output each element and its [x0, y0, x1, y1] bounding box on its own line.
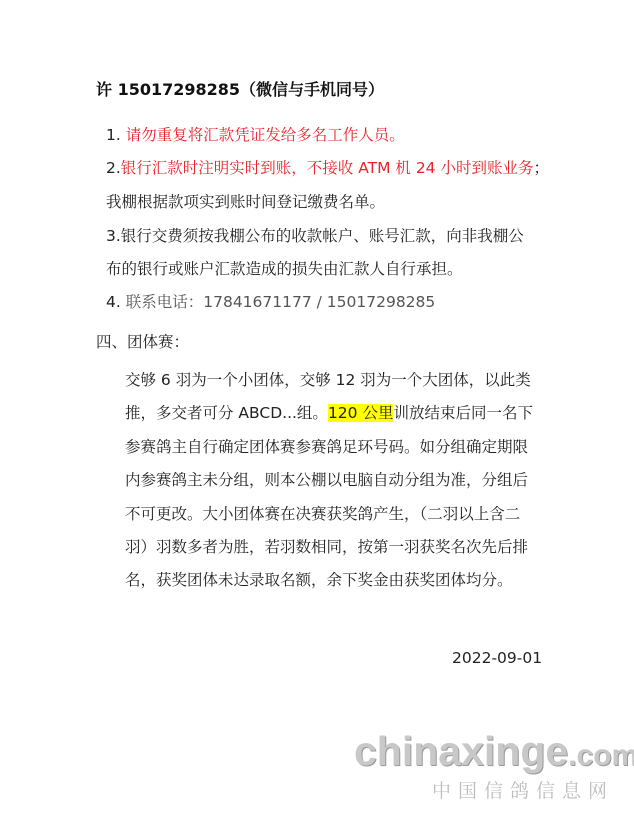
section-text: 推，多交者可分 ABCD...组。: [125, 404, 328, 422]
section-text: 训放结束后同一名下: [393, 404, 533, 422]
note-number: 4.: [106, 293, 126, 311]
note-tail: ；: [533, 159, 549, 177]
date: 2022-09-01: [452, 648, 542, 668]
section-line: 名，获奖团体未达录取名额，余下奖金由获奖团体均分。: [125, 570, 513, 590]
watermark-site-name: 中国信鸽信息网: [432, 776, 614, 803]
watermark-logo: chinaxinge.com: [354, 728, 634, 775]
contact-label: 联系电话：: [126, 293, 204, 311]
section-line: 交够 6 羽为一个小团体，交够 12 羽为一个大团体，以此类: [125, 370, 531, 390]
section-line: 不可更改。大小团体赛在决赛获奖鸽产生，（二羽以上含二: [125, 504, 520, 524]
highlighted-distance: 120 公里: [328, 404, 394, 422]
section-line: 推，多交者可分 ABCD...组。120 公里训放结束后同一名下: [125, 403, 533, 423]
note-text: 银行汇款时注明实时到账，不接收 ATM 机 24 小时到账业务: [121, 159, 534, 177]
note-number: 1.: [106, 126, 126, 144]
watermark-tld: .com: [568, 739, 634, 772]
note-3-line-2: 布的银行或账户汇款造成的损失由汇款人自行承担。: [106, 259, 463, 279]
section-line: 羽）羽数多者为胜，若羽数相同，按第一羽获奖名次先后排: [125, 537, 528, 557]
watermark-domain: chinaxinge: [354, 728, 568, 774]
note-2-continuation: 我棚根据款项实到账时间登记缴费名单。: [106, 192, 385, 212]
note-number: 2.: [106, 159, 121, 177]
contact-phones: 17841671177 / 15017298285: [203, 293, 435, 311]
section-line: 参赛鸽主自行确定团体赛参赛鸽足环号码。如分组确定期限: [125, 437, 528, 457]
section-heading: 四、团体赛：: [96, 332, 189, 352]
note-4: 4. 联系电话：17841671177 / 15017298285: [106, 292, 435, 312]
note-text: 请勿重复将汇款凭证发给多名工作人员。: [126, 126, 405, 144]
note-1: 1. 请勿重复将汇款凭证发给多名工作人员。: [106, 125, 405, 145]
note-3-line-1: 3.银行交费须按我棚公布的收款帐户、账号汇款，向非我棚公: [106, 226, 524, 246]
section-line: 内参赛鸽主未分组，则本公棚以电脑自动分组为准，分组后: [125, 470, 528, 490]
note-2: 2.银行汇款时注明实时到账，不接收 ATM 机 24 小时到账业务；: [106, 158, 549, 178]
contact-line: 许 15017298285（微信与手机同号）: [96, 80, 384, 100]
